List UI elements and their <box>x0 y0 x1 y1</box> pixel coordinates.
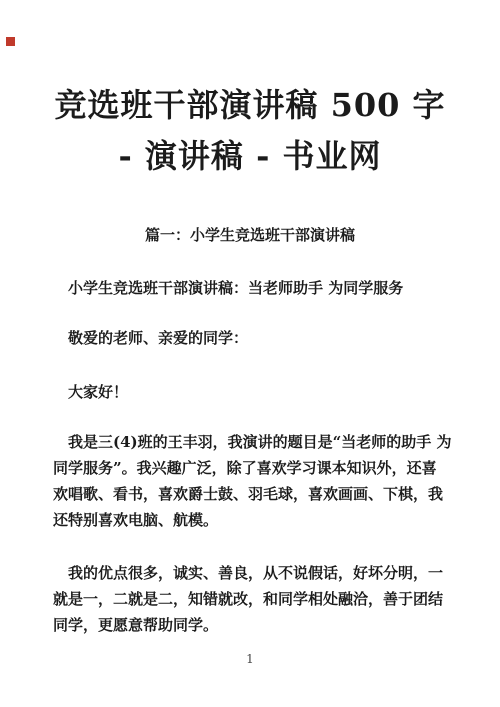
paragraph-interests: 我是三(4)班的王丰羽，我演讲的题目是“当老师的助手 为 同学服务”。我兴趣广泛… <box>53 429 448 533</box>
page-number: 1 <box>0 646 500 672</box>
speech-subtitle: 小学生竞选班干部演讲稿：当老师助手 为同学服务 <box>53 275 448 301</box>
paragraph-line: 欢唱歌、看书，喜欢爵士鼓、羽毛球，喜欢画画、下棋，我 <box>53 481 448 507</box>
red-marker-icon <box>6 37 15 46</box>
paragraph-line: 同学，更愿意帮助同学。 <box>53 612 448 638</box>
paragraph-line: 就是一，二就是二，知错就改，和同学相处融洽，善于团结 <box>53 586 448 612</box>
paragraph-line: 我的优点很多，诚实、善良，从不说假话，好坏分明，一 <box>53 560 448 586</box>
paragraph-line: 同学服务”。我兴趣广泛，除了喜欢学习课本知识外，还喜 <box>53 455 448 481</box>
document-page: 竞选班干部演讲稿 500 字 - 演讲稿 - 书业网 篇一：小学生竞选班干部演讲… <box>0 0 500 707</box>
document-title: 竞选班干部演讲稿 500 字 - 演讲稿 - 书业网 <box>0 80 500 182</box>
paragraph-strengths: 我的优点很多，诚实、善良，从不说假话，好坏分明，一 就是一，二就是二，知错就改，… <box>53 560 448 638</box>
paragraph-line: 我是三(4)班的王丰羽，我演讲的题目是“当老师的助手 为 <box>53 429 448 455</box>
greeting-line: 大家好！ <box>53 379 448 405</box>
section-heading: 篇一：小学生竞选班干部演讲稿 <box>0 222 500 248</box>
paragraph-line: 还特别喜欢电脑、航模。 <box>53 507 448 533</box>
title-line-2: - 演讲稿 - 书业网 <box>0 131 500 182</box>
salutation-line: 敬爱的老师、亲爱的同学： <box>53 325 448 351</box>
title-line-1: 竞选班干部演讲稿 500 字 <box>0 80 500 131</box>
